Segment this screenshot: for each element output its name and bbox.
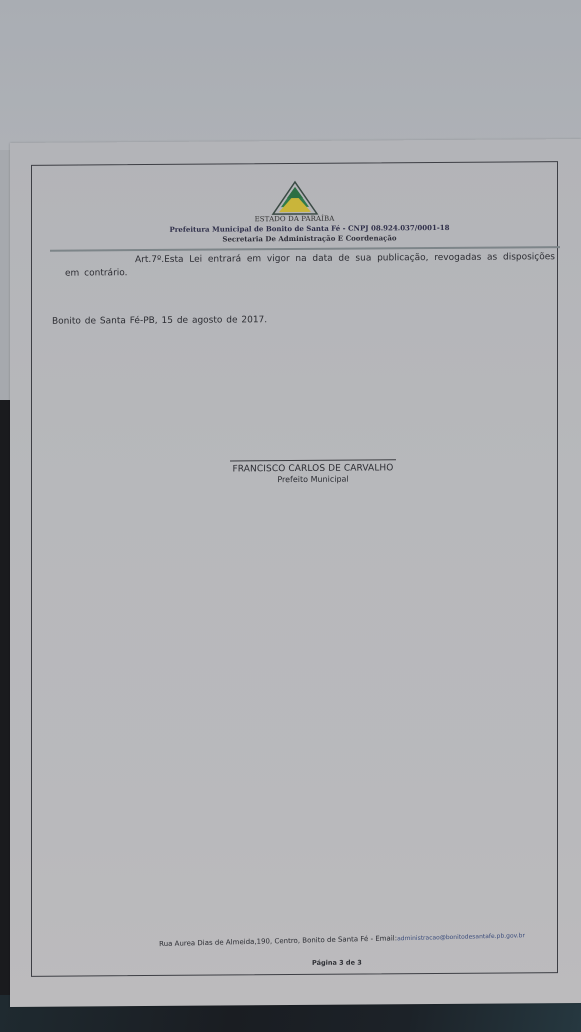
letterhead: ESTADO DA PARAÍBA Prefeitura Municipal d… — [32, 178, 557, 245]
triangle-emblem-icon — [271, 180, 319, 216]
signature-block: FRANCISCO CARLOS DE CARVALHO Prefeito Mu… — [230, 459, 396, 484]
page-number: Página 3 de 3 — [312, 959, 362, 967]
page-border-frame: ESTADO DA PARAÍBA Prefeitura Municipal d… — [31, 161, 558, 977]
signatory-role: Prefeito Municipal — [230, 474, 396, 484]
footer-address: Rua Aurea Dias de Almeida,190, Centro, B… — [122, 930, 562, 949]
signatory-name: FRANCISCO CARLOS DE CARVALHO — [230, 463, 396, 474]
footer-address-text: Rua Aurea Dias de Almeida,190, Centro, B… — [159, 934, 397, 948]
background-surface-top — [0, 0, 581, 150]
document-page: ESTADO DA PARAÍBA Prefeitura Municipal d… — [10, 139, 581, 1007]
footer-email: administracao@bonitodesantafe.pb.gov.br — [397, 932, 525, 942]
place-and-date: Bonito de Santa Fé-PB, 15 de agosto de 2… — [52, 314, 267, 329]
signature-line — [230, 459, 396, 461]
article-paragraph: Art.7º.Esta Lei entrará em vigor na data… — [65, 251, 555, 280]
